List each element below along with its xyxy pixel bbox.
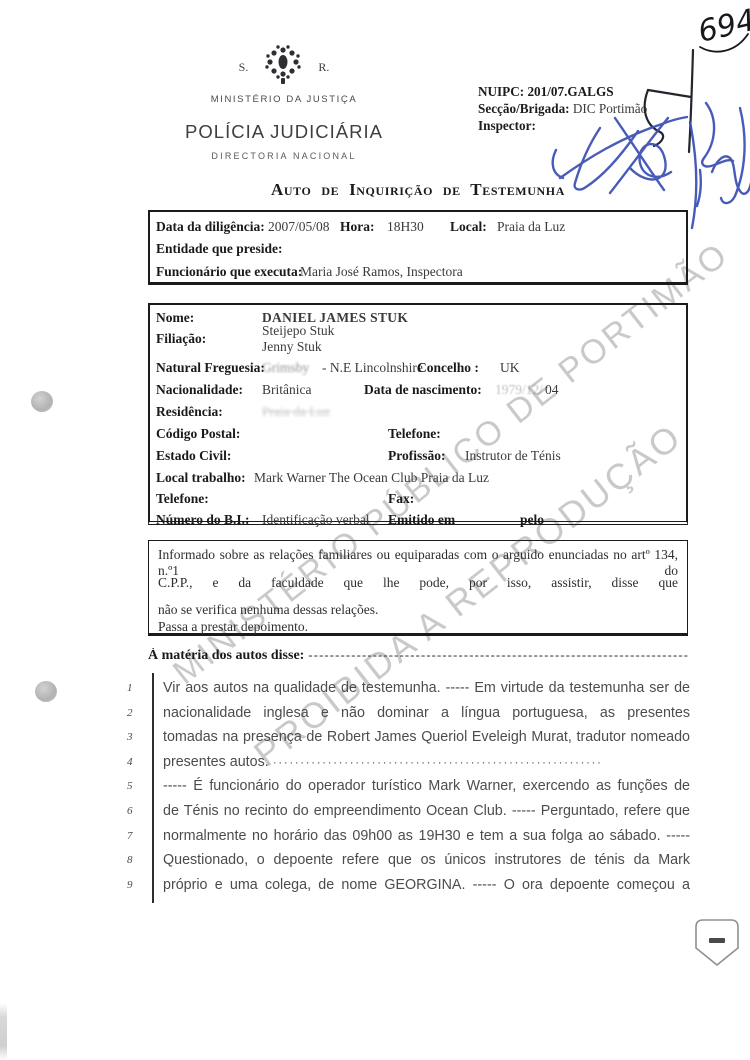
freguesia-label: Natural Freguesia: bbox=[156, 360, 265, 376]
profissao-label: Profissão: bbox=[388, 448, 446, 464]
legal-notice-box: Informado sobre as relações familiares o… bbox=[148, 540, 688, 636]
bi-label: Número do B.I.: bbox=[156, 512, 250, 528]
emitido-label: Emitido em bbox=[388, 512, 455, 528]
nuipc-value: 201/07.GALGS bbox=[527, 84, 613, 99]
hora-label: Hora: bbox=[340, 219, 375, 235]
testimony-line-text: presentes autos. bbox=[163, 754, 269, 770]
crest-left-letter: S. bbox=[239, 60, 249, 75]
document-title: Auto de Inquirição de Testemunha bbox=[148, 180, 688, 200]
concelho-value: UK bbox=[500, 360, 520, 376]
ministry-name: MINISTÉRIO DA JUSTIÇA bbox=[148, 94, 420, 105]
fax-label: Fax: bbox=[388, 491, 414, 507]
punch-hole bbox=[31, 391, 53, 412]
scan-edge-artifact bbox=[0, 1003, 7, 1060]
data-diligencia-label: Data da diligência: bbox=[156, 219, 265, 235]
line-number: 1 bbox=[127, 676, 145, 701]
witness-table: Nome: DANIEL JAMES STUK Filiação: Steije… bbox=[148, 303, 688, 525]
line-number: 2 bbox=[127, 701, 145, 726]
testimony-line: nacionalidade inglesa e não dominar a lí… bbox=[163, 701, 690, 726]
line-number: 3 bbox=[127, 725, 145, 750]
profissao-value: Instrutor de Ténis bbox=[465, 448, 561, 464]
filler-dots: ········································… bbox=[273, 755, 603, 769]
notice-line-3: não se verifica nenhuma dessas relações. bbox=[158, 602, 678, 618]
notice-line-4: Passa a prestar depoimento. bbox=[158, 619, 678, 635]
residencia-obscured: Praia da Luz bbox=[262, 404, 330, 420]
filiacao-label: Filiação: bbox=[156, 331, 206, 347]
residencia-label: Residência: bbox=[156, 404, 223, 420]
testimony-line: Vir aos autos na qualidade de testemunha… bbox=[163, 676, 690, 701]
materia-label: À matéria dos autos disse: bbox=[148, 648, 304, 664]
corner-stamp-icon bbox=[694, 918, 740, 973]
filiacao-father: Steijepo Stuk bbox=[262, 323, 334, 339]
local-trabalho-label: Local trabalho: bbox=[156, 470, 246, 486]
materia-heading: À matéria dos autos disse: -------------… bbox=[148, 648, 688, 664]
line-number: 5 bbox=[127, 774, 145, 799]
crest-right-letter: R. bbox=[318, 60, 329, 75]
organization-name: POLÍCIA JUDICIÁRIA bbox=[148, 121, 420, 143]
directorate-name: DIRECTORIA NACIONAL bbox=[148, 151, 420, 161]
document-page: MINISTÉRIO PÚBLICO DE PORTIMÃO PROIBIDA … bbox=[0, 0, 750, 1060]
line-number: 9 bbox=[127, 873, 145, 898]
filiacao-mother: Jenny Stuk bbox=[262, 339, 322, 355]
nuipc-label: NUIPC: bbox=[478, 84, 524, 99]
notice-line-2: C.P.P., e da faculdade que lhe pode, por… bbox=[158, 575, 678, 591]
testimony-line: normalmente no horário das 09h00 as 19H3… bbox=[163, 824, 690, 849]
nascimento-label: Data de nascimento: bbox=[364, 382, 482, 398]
freguesia-value: - N.E Lincolnshire bbox=[322, 360, 423, 376]
inspector-label: Inspector: bbox=[478, 118, 536, 133]
nascimento-obscured: 1979/12/ bbox=[495, 382, 543, 398]
freguesia-obscured-value: Grimsby bbox=[262, 360, 309, 376]
entidade-label: Entidade que preside: bbox=[156, 241, 283, 257]
nascimento-value: 04 bbox=[545, 382, 559, 398]
nome-label: Nome: bbox=[156, 310, 194, 326]
bi-value: Identificação verbal bbox=[262, 512, 370, 528]
line-number: 7 bbox=[127, 824, 145, 849]
telefone2-label: Telefone: bbox=[156, 491, 209, 507]
letterhead: S. bbox=[148, 44, 420, 161]
testimony-line: próprio e uma colega, de nome GEORGINA. … bbox=[163, 873, 690, 898]
codigo-postal-label: Código Postal: bbox=[156, 426, 240, 442]
testimony-line: presentes autos. ·······················… bbox=[163, 750, 690, 775]
nacionalidade-label: Nacionalidade: bbox=[156, 382, 243, 398]
local-value: Praia da Luz bbox=[497, 219, 565, 235]
local-label: Local: bbox=[450, 219, 487, 235]
telefone-label: Telefone: bbox=[388, 426, 441, 442]
testimony-line: de Ténis no recinto do empreendimento Oc… bbox=[163, 799, 690, 824]
seccao-label: Secção/Brigada: bbox=[478, 101, 570, 116]
testimony-line: tomadas na presença de Robert James Quer… bbox=[163, 725, 690, 750]
funcionario-label: Funcionário que executa: bbox=[156, 264, 302, 280]
punch-hole bbox=[35, 681, 57, 702]
case-reference-block: NUIPC: 201/07.GALGS Secção/Brigada: DIC … bbox=[478, 83, 647, 134]
testimony-line-numbers: 1 2 3 4 5 6 7 8 9 bbox=[127, 676, 145, 897]
line-number: 4 bbox=[127, 750, 145, 775]
nacionalidade-value: Britânica bbox=[262, 382, 311, 398]
diligence-table: Data da diligência: 2007/05/08 Hora: 18H… bbox=[148, 210, 688, 285]
estado-civil-label: Estado Civil: bbox=[156, 448, 231, 464]
materia-dashes: ----------------------------------------… bbox=[304, 648, 688, 663]
line-number: 8 bbox=[127, 848, 145, 873]
seccao-value: DIC Portimão bbox=[573, 101, 647, 116]
hora-value: 18H30 bbox=[387, 219, 424, 235]
testimony-line: Questionado, o depoente refere que os ún… bbox=[163, 848, 690, 873]
line-number: 6 bbox=[127, 799, 145, 824]
concelho-label: Concelho : bbox=[417, 360, 479, 376]
funcionario-value: Maria José Ramos, Inspectora bbox=[300, 264, 463, 280]
testimony-body: Vir aos autos na qualidade de testemunha… bbox=[152, 673, 690, 903]
testimony-line: ----- É funcionário do operador turístic… bbox=[163, 774, 690, 799]
pelo-label: pelo bbox=[520, 512, 544, 528]
coat-of-arms-icon bbox=[261, 42, 305, 93]
data-diligencia-value: 2007/05/08 bbox=[268, 219, 330, 235]
local-trabalho-value: Mark Warner The Ocean Club Praia da Luz bbox=[254, 470, 489, 486]
